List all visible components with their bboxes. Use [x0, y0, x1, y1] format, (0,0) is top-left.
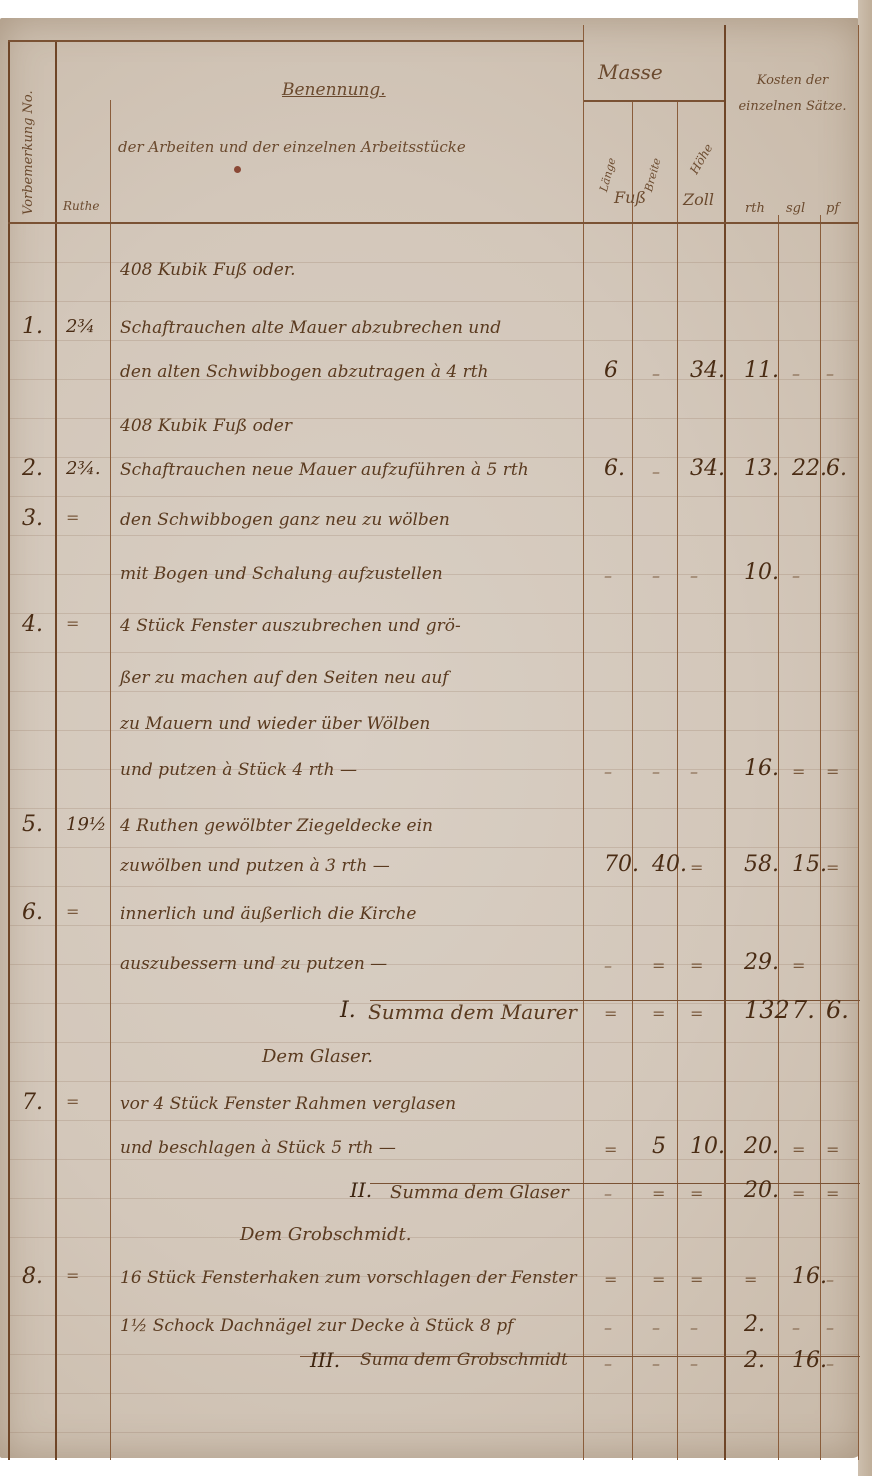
ruthe-value: = [66, 1094, 79, 1110]
value-sgl: = [792, 1142, 805, 1158]
description-text: den Schwibbogen ganz neu zu wölben [120, 512, 450, 529]
value-sgl: – [792, 366, 800, 382]
description-text: auszubessern und zu putzen — [120, 956, 387, 973]
ruled-line [10, 1237, 858, 1238]
value-h: – [690, 1320, 698, 1336]
ink-stain [234, 166, 241, 173]
rule-right [858, 25, 859, 1460]
value-b: = [652, 1272, 665, 1288]
value-b: – [652, 764, 660, 780]
header-unit-sgl: sgl [786, 202, 805, 215]
value-rth: 10. [744, 562, 779, 584]
header-description-title: Benennung. [282, 82, 386, 99]
value-h: – [690, 568, 698, 584]
sum3-value-pf: – [826, 1356, 834, 1372]
ruled-line [10, 847, 858, 848]
rule-laenge-breite [632, 100, 633, 1460]
value-pf: = [826, 764, 839, 780]
header-bottom-rule [8, 222, 858, 224]
value-sgl: 16. [792, 1266, 827, 1288]
value-l: – [604, 1320, 612, 1336]
value-b: 5 [652, 1136, 666, 1158]
description-text: zu Mauern und wieder über Wölben [120, 716, 430, 733]
value-b: = [652, 958, 665, 974]
ruled-line [10, 535, 858, 536]
header-unit-pf: pf [826, 202, 839, 215]
value-l: 6 [604, 360, 618, 382]
value-rth: 11. [744, 360, 779, 382]
sum2-value-pf: = [826, 1186, 839, 1202]
value-l: – [604, 568, 612, 584]
ruled-line [10, 1120, 858, 1121]
value-l: 6. [604, 458, 625, 480]
header-unit-rth: rth [745, 202, 765, 215]
rule-pos-ruthe [55, 40, 57, 1460]
header-masse-title: Masse [598, 62, 663, 82]
section3-heading: Dem Grobschmidt. [240, 1226, 411, 1244]
value-sgl: = [792, 764, 805, 780]
sum2-value-rth: 20. [744, 1180, 779, 1202]
value-pf: – [826, 1320, 834, 1336]
value-rth: 29. [744, 952, 779, 974]
ruled-line [10, 301, 858, 302]
value-l: – [604, 764, 612, 780]
ruled-line [10, 886, 858, 887]
value-h: 34. [690, 360, 725, 382]
header-unit-fuss: Fuß [614, 190, 646, 206]
header-top-rule [8, 40, 584, 42]
position-number: 7. [22, 1092, 43, 1114]
ruled-line [10, 1159, 858, 1160]
rule-masse-kosten [724, 25, 726, 1460]
description-text: 408 Kubik Fuß oder. [120, 262, 296, 279]
value-l: 70. [604, 854, 639, 876]
ruthe-value: 2¾ [66, 318, 95, 336]
sum1-value-pf: 6. [826, 998, 849, 1022]
sum1-value-h: = [690, 1006, 703, 1022]
value-rth: 2. [744, 1314, 765, 1336]
value-h: = [690, 1272, 703, 1288]
ruled-line [10, 691, 858, 692]
position-number: 6. [22, 902, 43, 924]
ruled-line [10, 340, 858, 341]
value-pf: = [826, 860, 839, 876]
sum3-value-l: – [604, 1356, 612, 1372]
position-number: 3. [22, 508, 43, 530]
description-text: 408 Kubik Fuß oder [120, 418, 292, 435]
value-rth: 20. [744, 1136, 779, 1158]
header-kosten-title: Kosten der einzelnen Sätze. [735, 68, 850, 120]
sum2-value-sgl: = [792, 1186, 805, 1202]
value-b: 40. [652, 854, 687, 876]
sum3-value-sgl: 16. [792, 1350, 827, 1372]
value-sgl: – [792, 568, 800, 584]
value-sgl: 22. [792, 458, 827, 480]
sum3-numeral: III. [310, 1350, 340, 1370]
sum2-numeral: II. [350, 1180, 372, 1200]
value-rth: = [744, 1272, 757, 1288]
sum1-value-b: = [652, 1006, 665, 1022]
sum1-value-l: = [604, 1006, 617, 1022]
value-b: – [652, 366, 660, 382]
value-sgl: 15. [792, 854, 827, 876]
ruthe-value: = [66, 510, 79, 526]
description-text: innerlich und äußerlich die Kirche [120, 906, 416, 923]
value-sgl: = [792, 958, 805, 974]
description-text: ßer zu machen auf den Seiten neu auf [120, 670, 449, 687]
ruled-line [10, 613, 858, 614]
sum2-value-l: – [604, 1186, 612, 1202]
description-text: und beschlagen à Stück 5 rth — [120, 1140, 396, 1157]
ruthe-value: 2¾. [66, 460, 101, 478]
rule-rth-sgl [778, 215, 779, 1460]
value-l: = [604, 1142, 617, 1158]
ruthe-value: = [66, 1268, 79, 1284]
section2-heading: Dem Glaser. [262, 1048, 373, 1066]
rule-breite-hoehe [677, 100, 678, 1460]
sum1-label: Summa dem Maurer [368, 1002, 577, 1022]
description-text: 1½ Schock Dachnägel zur Decke à Stück 8 … [120, 1318, 513, 1335]
value-pf: 6. [826, 458, 847, 480]
rule-text-masse [583, 25, 584, 1460]
description-text: und putzen à Stück 4 rth — [120, 762, 357, 779]
header-unit-zoll: Zoll [683, 192, 714, 208]
value-b: – [652, 568, 660, 584]
value-rth: 58. [744, 854, 779, 876]
sum1-value-sgl: 7. [792, 998, 815, 1022]
ruled-line [10, 652, 858, 653]
sum3-label: Suma dem Grobschmidt [360, 1352, 568, 1369]
ruled-line [10, 1042, 858, 1043]
position-number: 8. [22, 1266, 43, 1288]
ledger-page [0, 18, 862, 1458]
ruled-line [10, 1081, 858, 1082]
description-text: vor 4 Stück Fenster Rahmen verglasen [120, 1096, 456, 1113]
value-b: – [652, 464, 660, 480]
ruled-line [10, 925, 858, 926]
value-pf: = [826, 1142, 839, 1158]
description-text: Schaftrauchen alte Mauer abzubrechen und [120, 320, 501, 337]
description-text: 4 Stück Fenster auszubrechen und grö- [120, 618, 461, 635]
sum3-value-rth: 2. [744, 1350, 765, 1372]
page-edge [858, 0, 872, 1476]
value-pf: – [826, 366, 834, 382]
description-text: den alten Schwibbogen abzutragen à 4 rth [120, 364, 489, 381]
value-h: 10. [690, 1136, 725, 1158]
sum2-value-h: = [690, 1186, 703, 1202]
description-text: 16 Stück Fensterhaken zum vorschlagen de… [120, 1270, 577, 1287]
value-h: 34. [690, 458, 725, 480]
rule-ruthe-text [110, 100, 111, 1460]
sum2-value-b: = [652, 1186, 665, 1202]
ruthe-value: 19½ [66, 816, 106, 834]
value-h: = [690, 860, 703, 876]
value-rth: 13. [744, 458, 779, 480]
value-rth: 16. [744, 758, 779, 780]
description-text: Schaftrauchen neue Mauer aufzuführen à 5… [120, 462, 529, 479]
rule-left-margin [8, 40, 10, 1460]
ruthe-value: = [66, 904, 79, 920]
value-h: = [690, 958, 703, 974]
value-l: = [604, 1272, 617, 1288]
description-text: mit Bogen und Schalung aufzustellen [120, 566, 443, 583]
ruled-line [10, 1393, 858, 1394]
position-number: 2. [22, 458, 43, 480]
sum3-value-b: – [652, 1356, 660, 1372]
masse-sub-rule [584, 100, 724, 102]
sum3-value-h: – [690, 1356, 698, 1372]
position-number: 1. [22, 316, 43, 338]
ruled-line [10, 1432, 858, 1433]
position-number: 5. [22, 814, 43, 836]
value-sgl: – [792, 1320, 800, 1336]
value-pf: – [826, 1272, 834, 1288]
value-h: – [690, 764, 698, 780]
ruthe-value: = [66, 616, 79, 632]
header-description-sub: der Arbeiten und der einzelnen Arbeitsst… [118, 140, 466, 155]
description-text: 4 Ruthen gewölbter Ziegeldecke ein [120, 818, 433, 835]
value-b: – [652, 1320, 660, 1336]
value-l: – [604, 958, 612, 974]
position-number: 4. [22, 614, 43, 636]
sum1-numeral: I. [340, 1000, 356, 1022]
ruled-line [10, 457, 858, 458]
ruled-line [10, 496, 858, 497]
header-ruthe: Ruthe [63, 200, 99, 212]
description-text: zuwölben und putzen à 3 rth — [120, 858, 390, 875]
header-position: Vorbemerkung No. [22, 90, 35, 215]
ruled-line [10, 808, 858, 809]
sum1-value-rth: 132 [744, 998, 790, 1022]
sum2-label: Summa dem Glaser [390, 1184, 569, 1202]
